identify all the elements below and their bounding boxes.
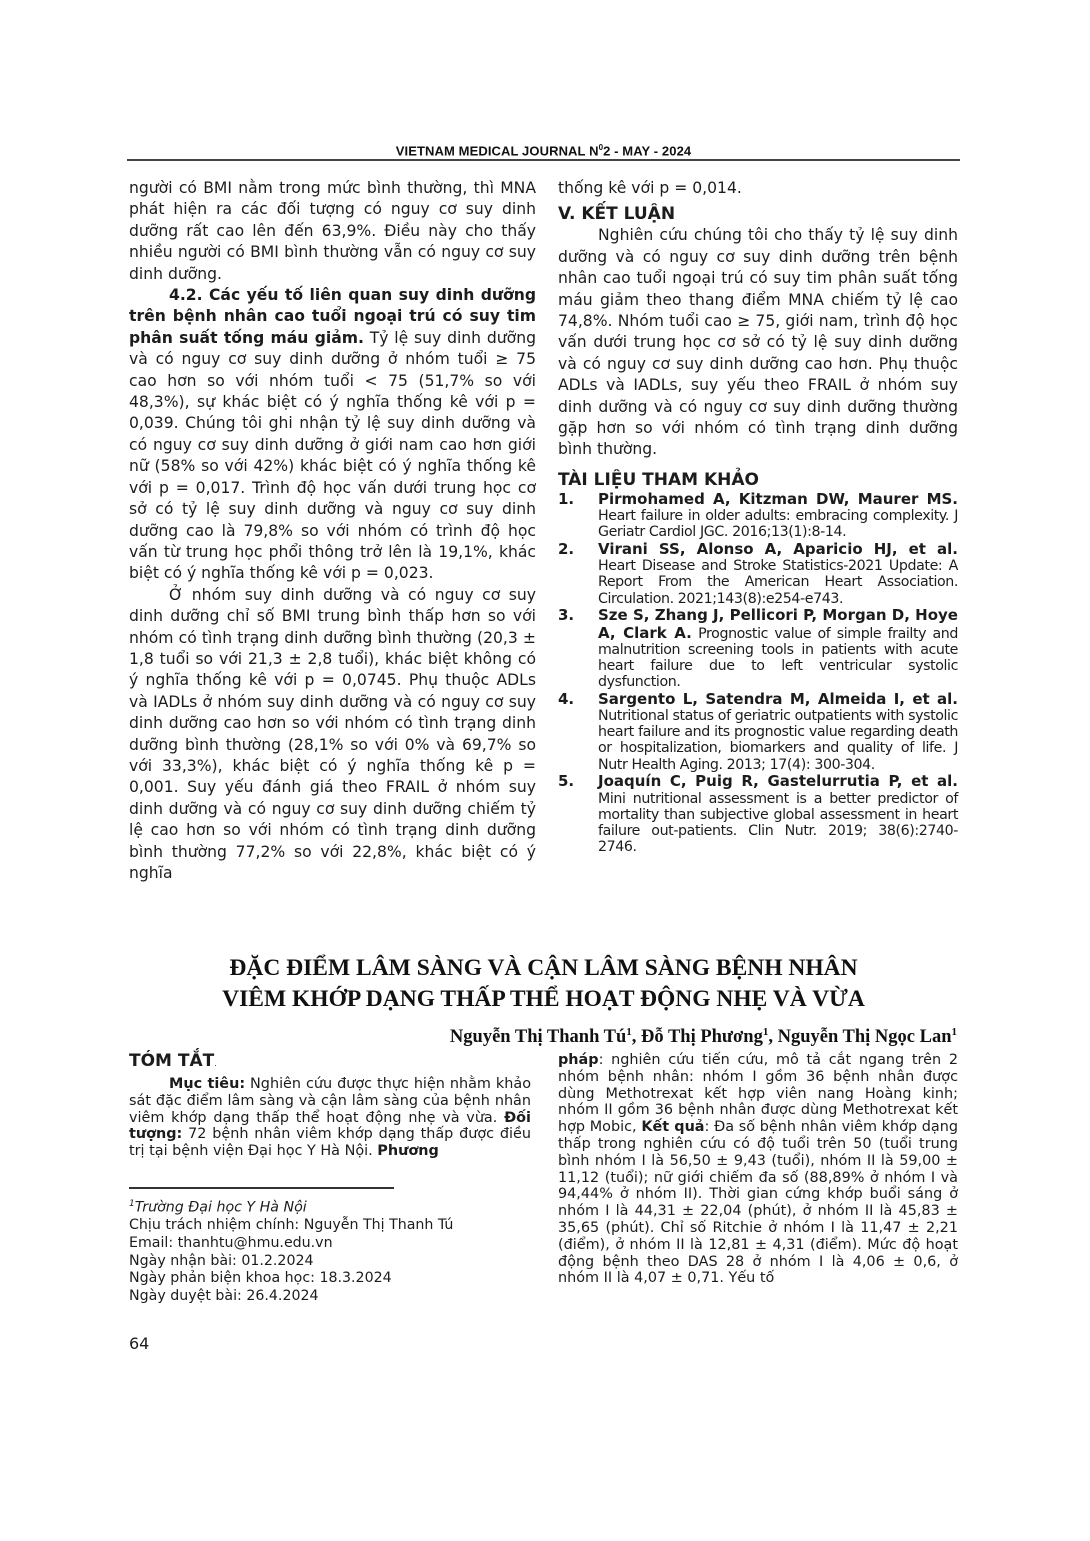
- reference-item: 2.Virani SS, Alonso A, Aparicio HJ, et a…: [558, 541, 958, 607]
- reference-authors: Sargento L, Satendra M, Almeida I, et al…: [598, 690, 958, 708]
- author-name: Đỗ Thị Phương: [641, 1027, 763, 1047]
- reference-list: 1.Pirmohamed A, Kitzman DW, Maurer MS. H…: [558, 491, 958, 855]
- reference-number: 5.: [558, 773, 574, 789]
- journal-page: VIETNAM MEDICAL JOURNAL N02 - MAY - 2024…: [0, 0, 1090, 1541]
- reference-item: 1.Pirmohamed A, Kitzman DW, Maurer MS. H…: [558, 491, 958, 541]
- left-column-previous-article: người có BMI nằm trong mức bình thường, …: [129, 178, 536, 884]
- reference-details: Heart Disease and Stroke Statistics-2021…: [598, 558, 958, 606]
- reference-item: 3.Sze S, Zhang J, Pellicori P, Morgan D,…: [558, 607, 958, 690]
- running-head-issue: 2 - MAY - 2024: [603, 143, 691, 158]
- methods-label-part1: Phương: [377, 1143, 438, 1159]
- abstract-heading-text: TÓM TẮT: [129, 1051, 214, 1071]
- reference-authors: Pirmohamed A, Kitzman DW, Maurer MS.: [598, 490, 958, 508]
- footnote-rule: [129, 1187, 394, 1189]
- footnote-accepted-date: Ngày duyệt bài: 26.4.2024: [129, 1288, 531, 1306]
- results-text: : Đa số bệnh nhân viêm khớp dạng thấp tr…: [558, 1119, 958, 1286]
- discussion-paragraph: người có BMI nằm trong mức bình thường, …: [129, 178, 536, 285]
- author-affiliation-sup: 1: [952, 1026, 958, 1038]
- abstract-heading-dot: .: [214, 1059, 217, 1068]
- footnote-reviewed-date: Ngày phản biện khoa học: 18.3.2024: [129, 1270, 531, 1288]
- reference-authors: Joaquín C, Puig R, Gastelurrutia P, et a…: [598, 772, 958, 790]
- conclusion-text: Nghiên cứu chúng tôi cho thấy tỷ lệ suy …: [558, 225, 958, 460]
- running-head-journal: VIETNAM MEDICAL JOURNAL N: [396, 143, 599, 158]
- methods-label-part2: pháp: [558, 1052, 599, 1068]
- footnote-affiliation-text: Trường Đại học Y Hà Nội: [135, 1200, 307, 1216]
- article-title: ĐẶC ĐIỂM LÂM SÀNG VÀ CẬN LÂM SÀNG BỆNH N…: [127, 953, 960, 1015]
- conclusion-heading: V. KẾT LUẬN: [558, 203, 958, 225]
- abstract-left-column: TÓM TẮT. Mục tiêu: Nghiên cứu được thực …: [129, 1050, 531, 1160]
- article-title-line-1: ĐẶC ĐIỂM LÂM SÀNG VÀ CẬN LÂM SÀNG BỆNH N…: [127, 953, 960, 984]
- results-label: Kết quả: [641, 1119, 704, 1135]
- footnote-received-date: Ngày nhận bài: 01.2.2024: [129, 1253, 531, 1271]
- header-rule: [127, 159, 960, 161]
- objective-label: Mục tiêu:: [169, 1076, 245, 1092]
- reference-details: Heart failure in older adults: embracing…: [598, 508, 958, 540]
- continuation-text: thống kê với p = 0,014.: [558, 178, 958, 199]
- discussion-paragraph-bmi: Ở nhóm suy dinh dưỡng và có nguy cơ suy …: [129, 585, 536, 885]
- reference-number: 4.: [558, 691, 574, 707]
- reference-number: 2.: [558, 541, 574, 557]
- reference-details: Nutritional status of geriatric outpatie…: [598, 708, 958, 773]
- footnote-email: Email: thanhtu@hmu.edu.vn: [129, 1235, 531, 1253]
- subjects-text: 72 bệnh nhân viêm khớp dạng thấp được đi…: [129, 1126, 531, 1159]
- abstract-heading: TÓM TẮT.: [129, 1050, 531, 1075]
- reference-number: 1.: [558, 491, 574, 507]
- reference-number: 3.: [558, 607, 574, 623]
- footnote-affiliation: 1Trường Đại học Y Hà Nội: [129, 1196, 531, 1217]
- reference-item: 4.Sargento L, Satendra M, Almeida I, et …: [558, 691, 958, 773]
- footnote-responsible: Chịu trách nhiệm chính: Nguyễn Thị Thanh…: [129, 1217, 531, 1235]
- reference-authors: Virani SS, Alonso A, Aparicio HJ, et al.: [598, 540, 958, 558]
- reference-item: 5.Joaquín C, Puig R, Gastelurrutia P, et…: [558, 773, 958, 855]
- author-separator: ,: [768, 1027, 777, 1047]
- section-4-2-text: Tỷ lệ suy dinh dưỡng và có nguy cơ suy d…: [129, 329, 536, 582]
- author-name: Nguyễn Thị Ngọc Lan: [778, 1027, 952, 1047]
- running-head: VIETNAM MEDICAL JOURNAL N02 - MAY - 2024: [127, 143, 960, 158]
- references-heading: TÀI LIỆU THAM KHẢO: [558, 469, 958, 491]
- right-column-previous-article: thống kê với p = 0,014. V. KẾT LUẬN Nghi…: [558, 178, 958, 856]
- reference-details: Mini nutritional assessment is a better …: [598, 791, 958, 856]
- page-number: 64: [129, 1334, 149, 1353]
- abstract-text-right: pháp: nghiên cứu tiến cứu, mô tả cắt nga…: [558, 1052, 958, 1287]
- abstract-text-left: Mục tiêu: Nghiên cứu được thực hiện nhằm…: [129, 1076, 531, 1160]
- footnotes: 1Trường Đại học Y Hà Nội Chịu trách nhiệ…: [129, 1196, 531, 1305]
- abstract-right-column: pháp: nghiên cứu tiến cứu, mô tả cắt nga…: [558, 1052, 958, 1287]
- section-4-2-paragraph: 4.2. Các yếu tố liên quan suy dinh dưỡng…: [129, 285, 536, 585]
- article-title-line-2: VIÊM KHỚP DẠNG THẤP THỂ HOẠT ĐỘNG NHẸ VÀ…: [127, 984, 960, 1015]
- author-separator: ,: [632, 1027, 641, 1047]
- article-authors: Nguyễn Thị Thanh Tú1, Đỗ Thị Phương1, Ng…: [127, 1020, 957, 1049]
- author-name: Nguyễn Thị Thanh Tú: [450, 1027, 626, 1047]
